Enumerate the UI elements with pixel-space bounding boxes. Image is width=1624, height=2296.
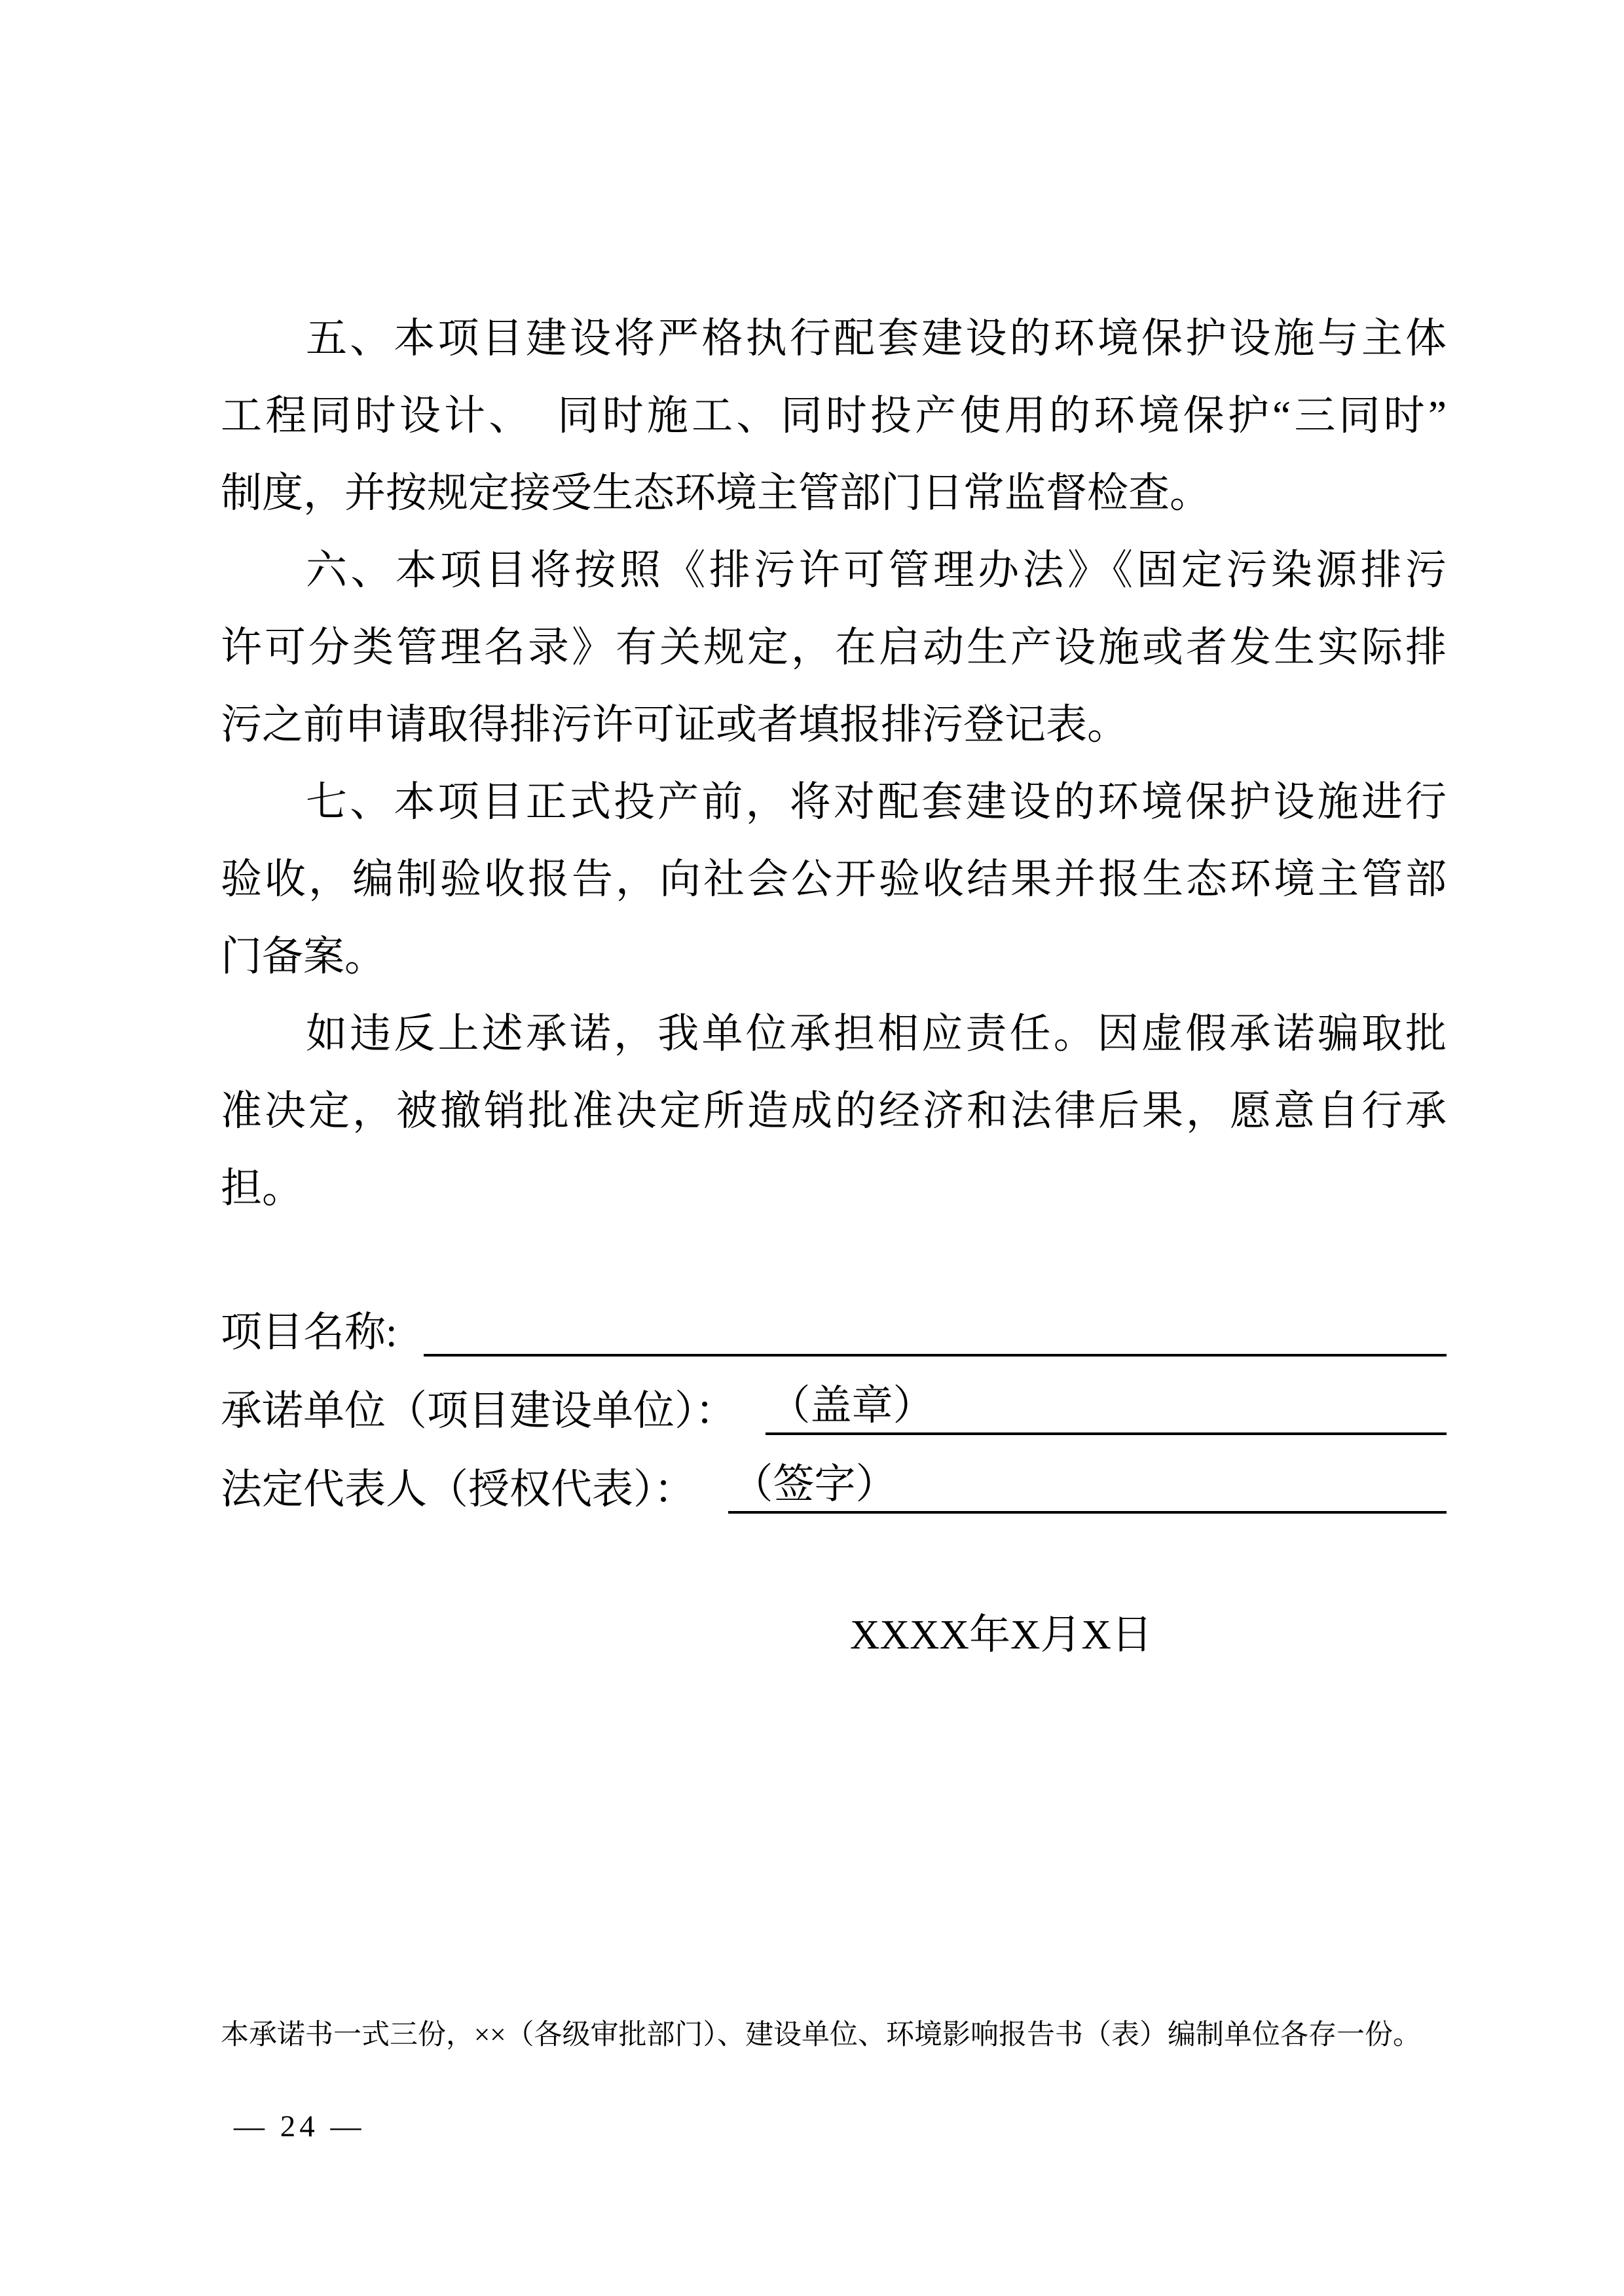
text-line: 准决定，被撤销批准决定所造成的经济和法律后果，愿意自行承 [221,1072,1447,1150]
signature-placeholder: （签字） [728,1461,897,1507]
text-line: 验收，编制验收报告，向社会公开验收结果并报生态环境主管部 [221,841,1447,918]
liability-clause: 如违反上述承诺，我单位承担相应责任。因虚假承诺骗取批 准决定，被撤销批准决定所造… [221,995,1447,1227]
commit-unit-label: 承诺单位（项目建设单位）： [221,1372,737,1450]
legal-rep-label: 法定代表人（授权代表）： [221,1450,695,1529]
text-line: 七、本项目正式投产前，将对配套建设的环境保护设施进行 [221,763,1447,841]
text-line: 污之前申请取得排污许可证或者填报排污登记表。 [221,686,1447,763]
text-line: 如违反上述承诺，我单位承担相应责任。因虚假承诺骗取批 [221,995,1447,1072]
signature-form: 项目名称: 承诺单位（项目建设单位）： （盖章） 法定代表人（授权代表）： （签… [221,1293,1447,1529]
document-page: 五、本项目建设将严格执行配套建设的环境保护设施与主体 工程同时设计、 同时施工、… [0,0,1624,2296]
text-line: 五、本项目建设将严格执行配套建设的环境保护设施与主体 [221,300,1447,377]
text-line: 工程同时设计、 同时施工、同时投产使用的环境保护“三同时” [221,377,1447,454]
project-name-blank [424,1293,1447,1357]
clause-six: 六、本项目将按照《排污许可管理办法》《固定污染源排污 许可分类管理名录》有关规定… [221,532,1447,763]
text-line: 许可分类管理名录》有关规定，在启动生产设施或者发生实际排 [221,609,1447,686]
clause-five: 五、本项目建设将严格执行配套建设的环境保护设施与主体 工程同时设计、 同时施工、… [221,300,1447,532]
commit-unit-row: 承诺单位（项目建设单位）： （盖章） [221,1372,1447,1450]
legal-rep-blank: （签字） [728,1450,1447,1514]
footnote: 本承诺书一式三份，××（各级审批部门）、建设单位、环境影响报告书（表）编制单位各… [221,2016,1452,2055]
text-line: 六、本项目将按照《排污许可管理办法》《固定污染源排污 [221,532,1447,609]
text-line: 门备案。 [221,918,1447,995]
text-line: 制度，并按规定接受生态环境主管部门日常监督检查。 [221,454,1447,532]
commit-unit-blank: （盖章） [766,1372,1447,1435]
clause-seven: 七、本项目正式投产前，将对配套建设的环境保护设施进行 验收，编制验收报告，向社会… [221,763,1447,995]
page-number: — 24 — [234,2107,365,2146]
project-name-row: 项目名称: [221,1293,1447,1372]
text-line: 担。 [221,1150,1447,1227]
commitment-clauses: 五、本项目建设将严格执行配套建设的环境保护设施与主体 工程同时设计、 同时施工、… [221,300,1447,1227]
seal-placeholder: （盖章） [766,1383,934,1429]
legal-rep-row: 法定代表人（授权代表）： （签字） [221,1450,1447,1529]
date-line: XXXX年X月X日 [221,1595,1447,1674]
project-name-label: 项目名称: [221,1293,397,1372]
